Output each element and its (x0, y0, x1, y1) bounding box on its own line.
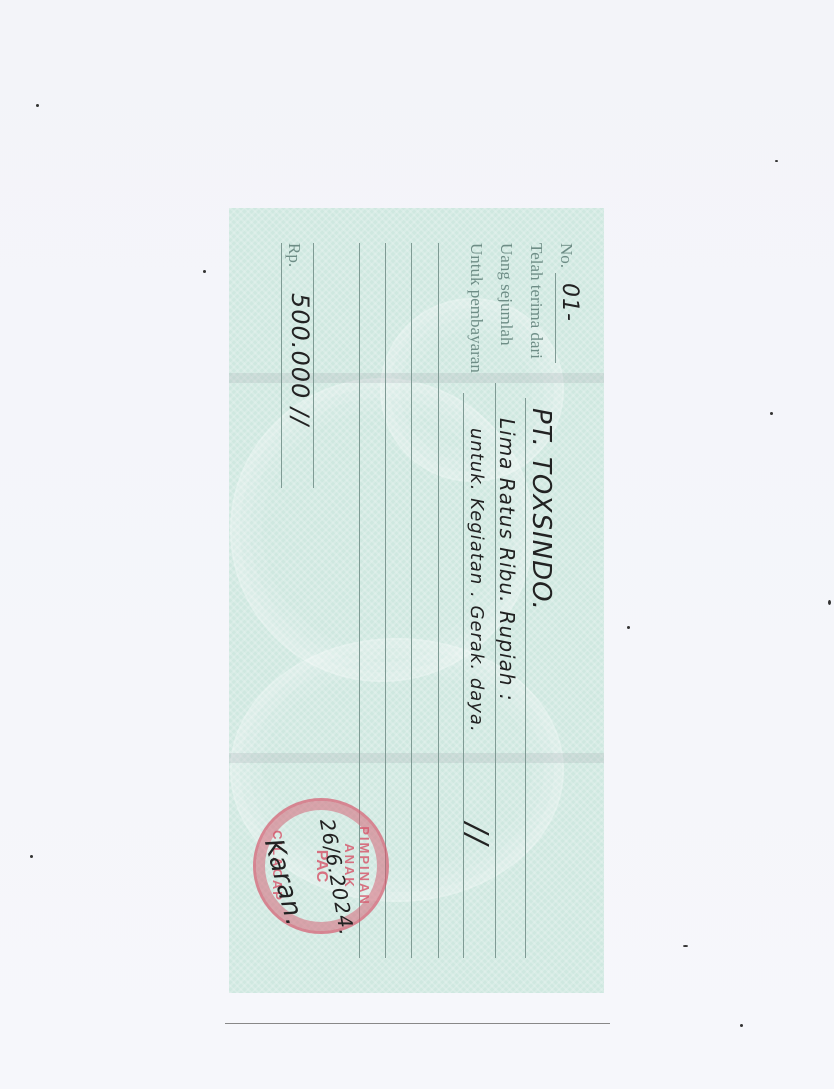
amount-words-value: Lima Ratus Ribu. Rupiah : (495, 418, 519, 702)
blank-line (438, 243, 439, 958)
purpose-label: Untuk pembayaran (466, 243, 486, 373)
blank-line (411, 243, 412, 958)
amount-words-label: Uang sejumlah (496, 243, 516, 345)
receipt-number: 01- (557, 283, 582, 322)
dust-speck (627, 626, 630, 629)
dust-speck (770, 412, 773, 415)
received-from-label: Telah terima dari (526, 243, 546, 359)
currency-label: Rp. (284, 243, 304, 267)
receipt: No. Telah terima dari Uang sejumlah Untu… (229, 208, 604, 993)
dust-speck (203, 270, 206, 273)
guilloche-pattern (230, 378, 534, 682)
amount-box-bottom (281, 243, 282, 488)
purpose-line (463, 393, 464, 958)
paper-fold (229, 753, 604, 763)
purpose-value: untuk. Kegiatan . Gerak. daya. (466, 428, 487, 733)
number-line (555, 273, 556, 363)
dust-speck (828, 600, 831, 605)
amount-value: 500.000 // (286, 293, 314, 426)
dust-speck (740, 1024, 743, 1027)
dust-speck (683, 945, 688, 947)
number-label: No. (556, 243, 576, 268)
dust-speck (775, 160, 778, 162)
dust-speck (30, 855, 33, 858)
scanned-page: No. Telah terima dari Uang sejumlah Untu… (0, 0, 834, 1089)
page-edge-line (225, 1023, 610, 1024)
dust-speck (36, 104, 39, 107)
receipt-wrapper: No. Telah terima dari Uang sejumlah Untu… (229, 208, 604, 993)
purpose-end-mark: // (459, 823, 494, 845)
received-from-value: PT. TOXSINDO. (526, 408, 556, 611)
